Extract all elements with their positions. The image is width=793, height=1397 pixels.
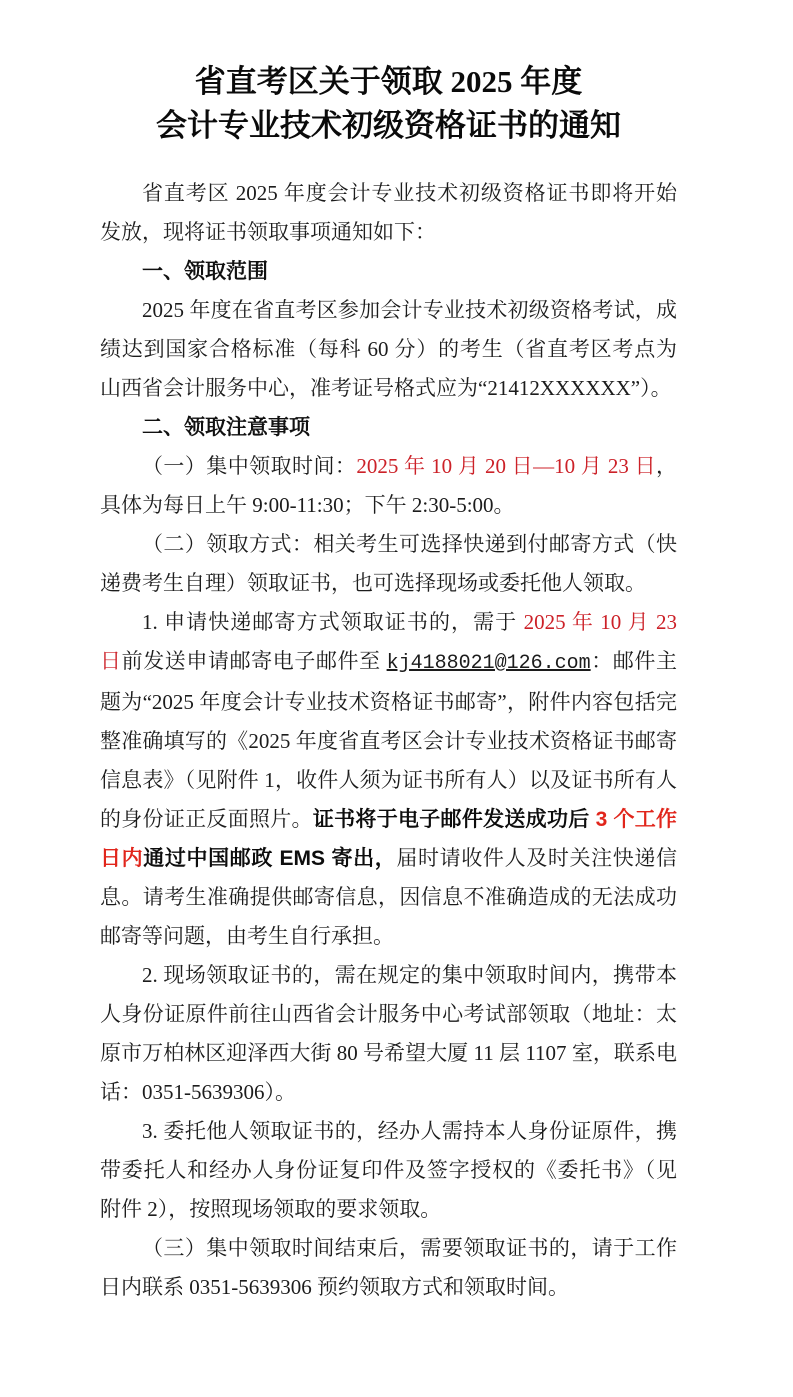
section-1-heading: 一、领取范围 — [100, 252, 677, 291]
document-title-line-1: 省直考区关于领取 2025 年度 — [100, 60, 677, 104]
pickup-time-prefix: （一）集中领取时间： — [142, 454, 356, 478]
email-link[interactable]: kj4188021@126.com — [387, 652, 591, 675]
mail-option-text-3: ：邮件主题为“2025 年度会计专业技术资格证书邮寄”，附件内容包括完整准确填写… — [100, 649, 677, 831]
after-deadline-paragraph: （三）集中领取时间结束后，需要领取证书的，请于工作日内联系 0351-56393… — [100, 1229, 677, 1307]
section-2-heading: 二、领取注意事项 — [100, 408, 677, 447]
mail-option-paragraph: 1. 申请快递邮寄方式领取证书的，需于 2025 年 10 月 23 日前发送申… — [100, 603, 677, 956]
mail-option-text-1: 1. 申请快递邮寄方式领取证书的，需于 — [142, 610, 524, 634]
document-title-line-2: 会计专业技术初级资格证书的通知 — [100, 104, 677, 148]
onsite-option-paragraph: 2. 现场领取证书的，需在规定的集中领取时间内，携带本人身份证原件前往山西省会计… — [100, 956, 677, 1112]
pickup-date-range: 2025 年 10 月 20 日—10 月 23 日 — [356, 454, 656, 478]
proxy-option-paragraph: 3. 委托他人领取证书的，经办人需持本人身份证原件，携带委托人和经办人身份证复印… — [100, 1112, 677, 1229]
ems-notice-bold-2: 通过中国邮政 EMS 寄出， — [143, 847, 396, 870]
notice-document: 省直考区关于领取 2025 年度 会计专业技术初级资格证书的通知 省直考区 20… — [0, 0, 793, 1397]
section-1-scope-paragraph: 2025 年度在省直考区参加会计专业技术初级资格考试，成绩达到国家合格标准（每科… — [100, 291, 677, 408]
ems-notice-bold-1: 证书将于电子邮件发送成功后 — [313, 808, 590, 831]
pickup-method-paragraph: （二）领取方式：相关考生可选择快递到付邮寄方式（快递费考生自理）领取证书，也可选… — [100, 525, 677, 603]
intro-paragraph: 省直考区 2025 年度会计专业技术初级资格证书即将开始发放，现将证书领取事项通… — [100, 174, 677, 252]
mail-option-text-2: 前发送申请邮寄电子邮件至 — [122, 649, 387, 673]
document-title: 省直考区关于领取 2025 年度 会计专业技术初级资格证书的通知 — [100, 60, 677, 148]
pickup-time-paragraph: （一）集中领取时间：2025 年 10 月 20 日—10 月 23 日，具体为… — [100, 447, 677, 525]
